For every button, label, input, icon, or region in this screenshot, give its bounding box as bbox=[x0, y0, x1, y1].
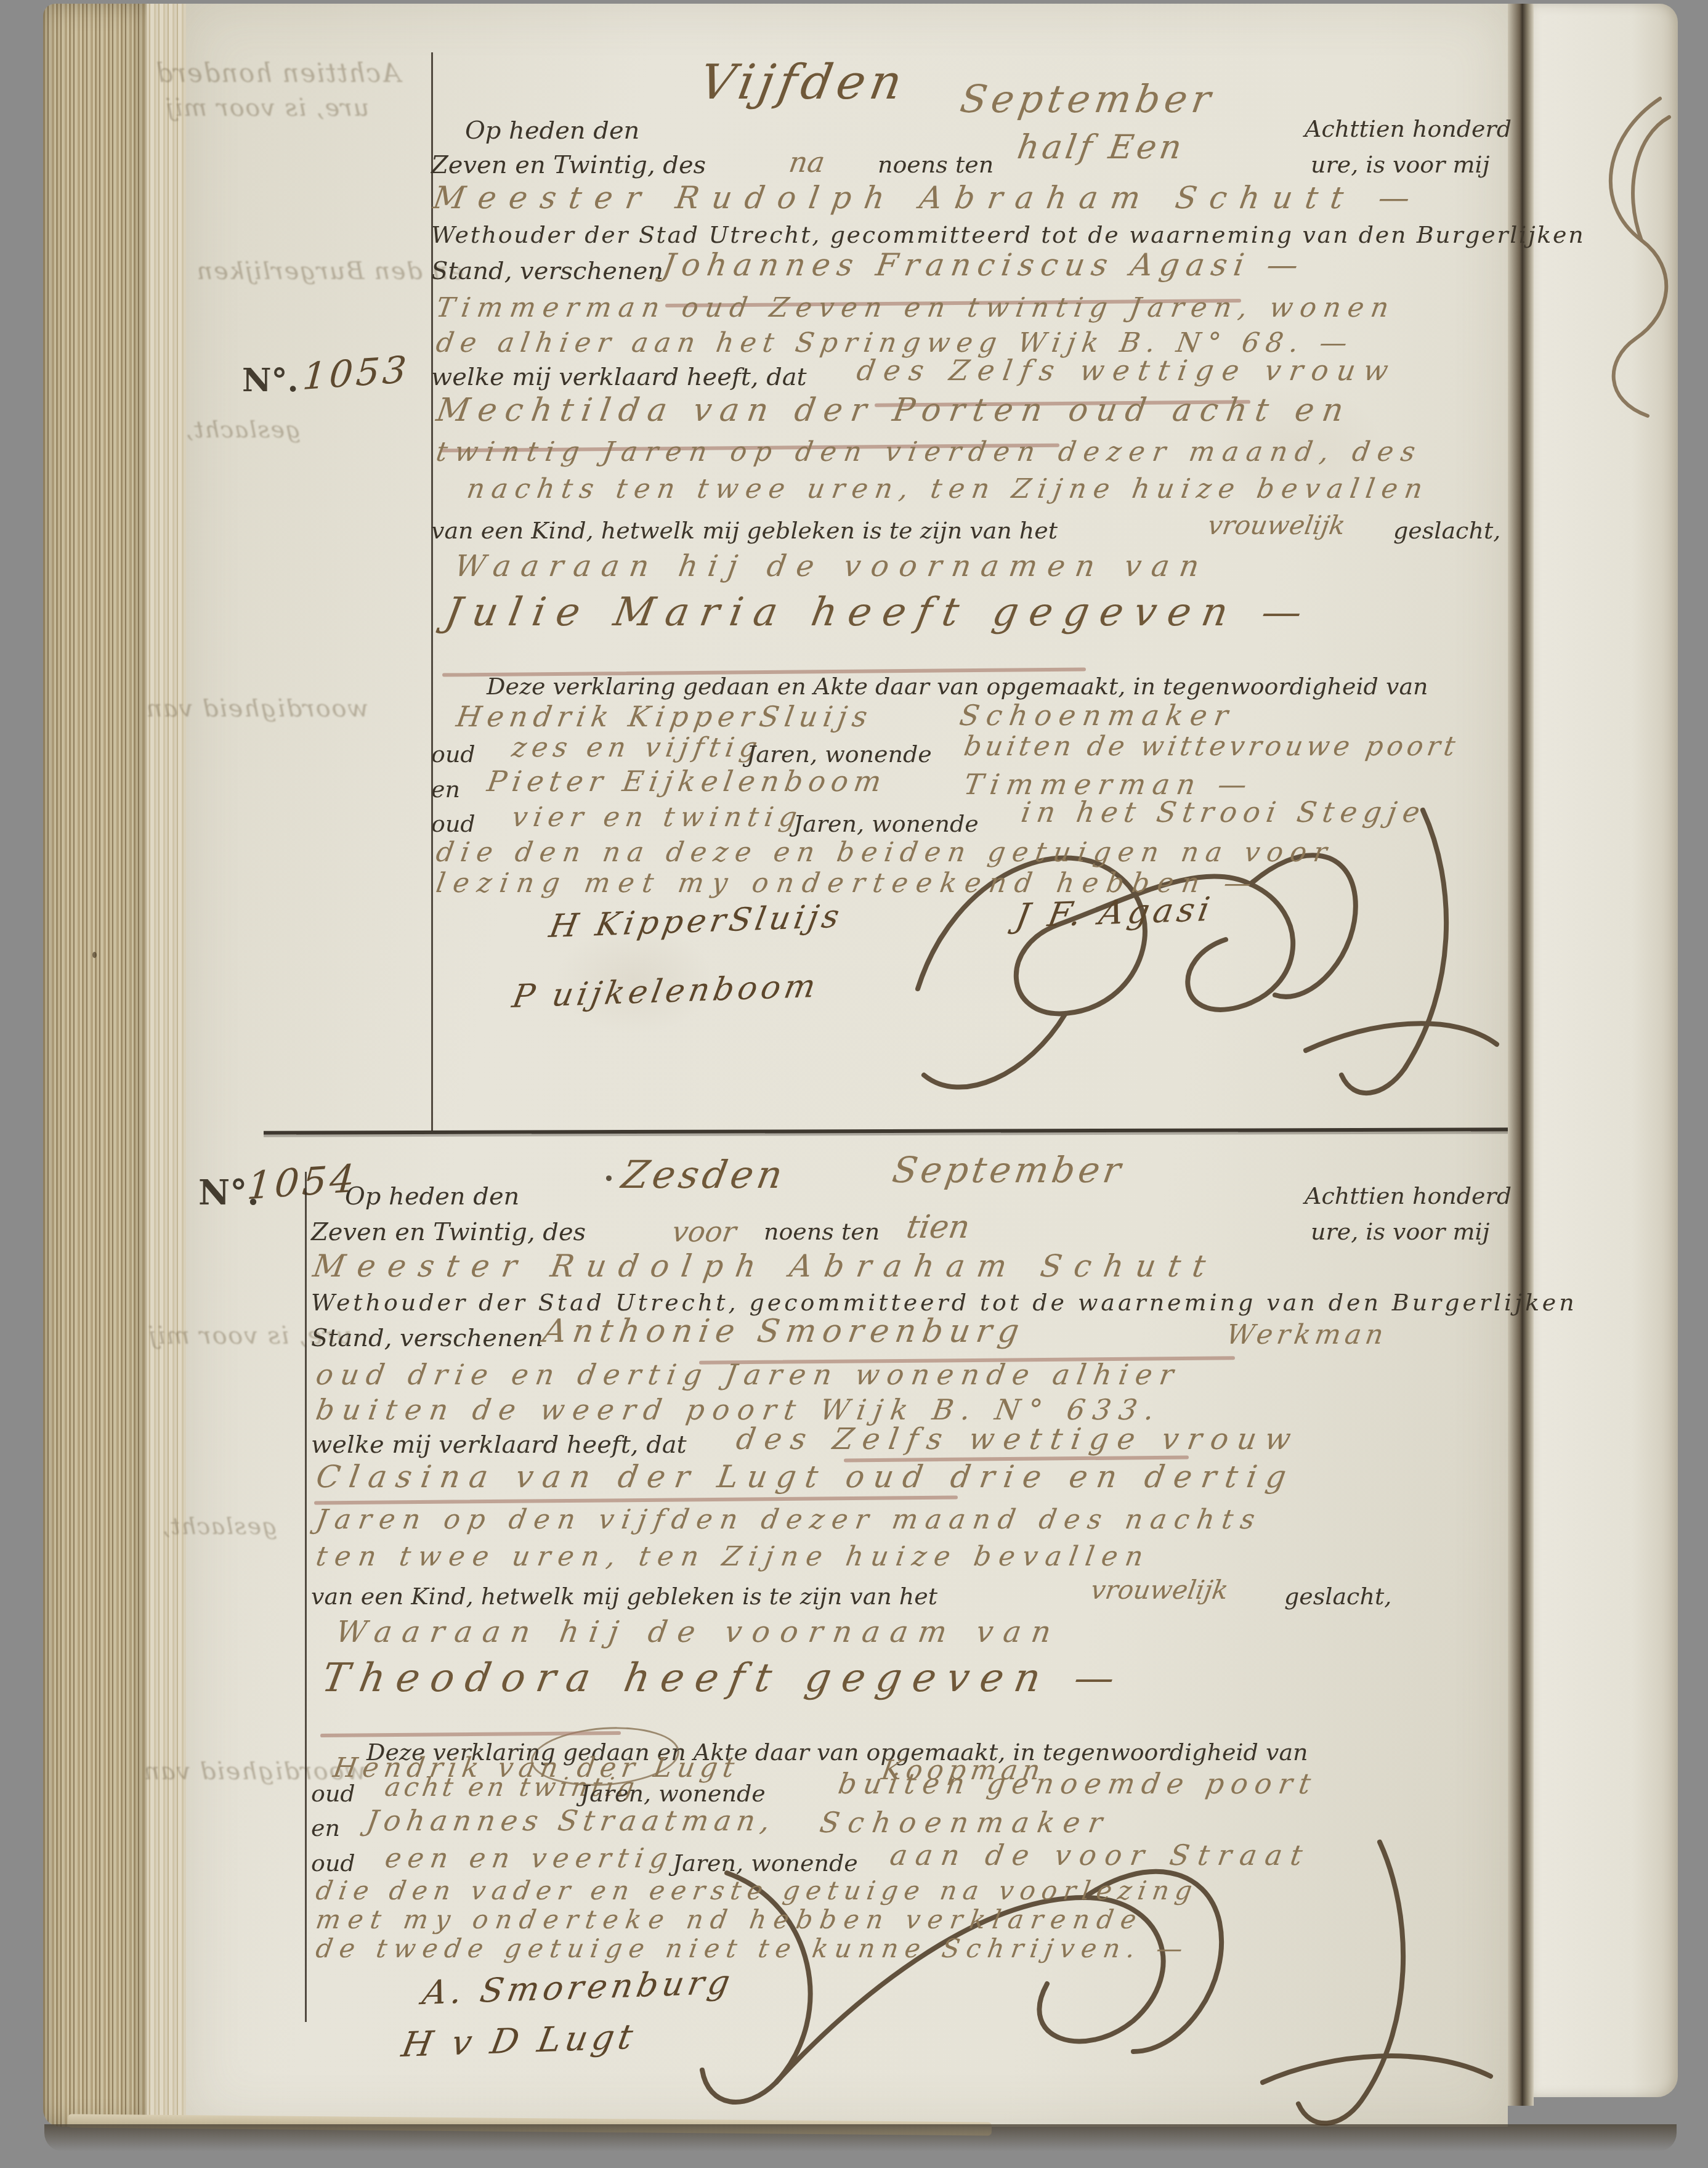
act-number: 1054 bbox=[246, 1159, 358, 1205]
printed-text: noens ten bbox=[764, 1220, 880, 1243]
handwritten-text: die den vader en eerste getuige na voorl… bbox=[314, 1878, 1200, 1904]
handwritten-text: aan de voor Straat bbox=[888, 1841, 1313, 1869]
printed-text: en bbox=[311, 1816, 340, 1840]
handwritten-text: September bbox=[890, 1152, 1127, 1188]
signature-text: A. Smorenburg bbox=[420, 1966, 737, 2010]
printed-text: Jaren, wonende bbox=[673, 1851, 858, 1875]
handwritten-text: Schoenmaker bbox=[818, 1808, 1113, 1837]
handwritten-text: ten twee uren, ten Zijne huize bevallen bbox=[314, 1543, 1152, 1570]
handwritten-text: Werkman bbox=[1224, 1322, 1390, 1349]
handwritten-text: Theodora heeft gegeven — bbox=[319, 1658, 1128, 1698]
printed-text: Achttien honderd bbox=[1305, 1184, 1512, 1208]
printed-text: Wethouder der Stad Utrecht, gecommitteer… bbox=[311, 1291, 1577, 1314]
printed-text: geslacht, bbox=[1284, 1585, 1391, 1608]
handwritten-text: een en veertig bbox=[383, 1845, 676, 1872]
handwritten-text: voor bbox=[670, 1217, 739, 1246]
handwritten-text: tien bbox=[904, 1211, 972, 1243]
handwritten-text: buiten genoemde poort bbox=[836, 1769, 1319, 1798]
handwritten-text: des Zelfs wettige vrouw bbox=[734, 1424, 1301, 1454]
book-photo: Achttien honderdure, is voor mijen den B… bbox=[0, 0, 1708, 2168]
handwritten-text: Clasina van der Lugt oud drie en dertig bbox=[314, 1461, 1297, 1492]
act-1054: N°.1054Op heden denZesdenSeptemberAchtti… bbox=[0, 0, 1708, 2168]
printed-text: oud bbox=[311, 1782, 355, 1805]
handwritten-text: Waaraan hij de voornaam van bbox=[334, 1617, 1063, 1647]
handwritten-text: Johannes Straatman, bbox=[365, 1806, 778, 1835]
printed-text: van een Kind, hetwelk mij gebleken is te… bbox=[311, 1585, 937, 1608]
printed-text: ure, is voor mij bbox=[1311, 1220, 1489, 1243]
printed-text: welke mij verklaard heeft, dat bbox=[311, 1432, 687, 1457]
signature-text: H v D Lugt bbox=[399, 2020, 639, 2063]
handwritten-text: vrouwelijk bbox=[1089, 1577, 1230, 1603]
handwritten-text: Anthonie Smorenburg bbox=[541, 1315, 1027, 1347]
handwritten-text: Meester Rudolph Abraham Schutt bbox=[311, 1251, 1220, 1281]
handwritten-text: Zesden bbox=[619, 1156, 789, 1194]
handwritten-text: buiten de weerd poort Wijk B. N° 633. bbox=[314, 1395, 1164, 1424]
printed-text: oud bbox=[311, 1851, 355, 1875]
printed-text: Zeven en Twintig, des bbox=[311, 1220, 586, 1244]
column-rule bbox=[305, 1172, 307, 2022]
handwritten-text: Jaren op den vijfden dezer maand des nac… bbox=[314, 1506, 1264, 1533]
red-underline bbox=[320, 1731, 621, 1737]
handwritten-text: oud drie en dertig Jaren wonende alhier bbox=[314, 1360, 1183, 1389]
printed-text: Jaren, wonende bbox=[580, 1782, 766, 1805]
handwritten-text: met my onderteke nd hebben verklarende bbox=[314, 1907, 1145, 1933]
printed-text: Stand, verschenen bbox=[311, 1326, 543, 1350]
handwritten-text: de twede getuige niet te kunne Schrijven… bbox=[314, 1936, 1191, 1962]
printed-text: Op heden den bbox=[345, 1184, 519, 1209]
